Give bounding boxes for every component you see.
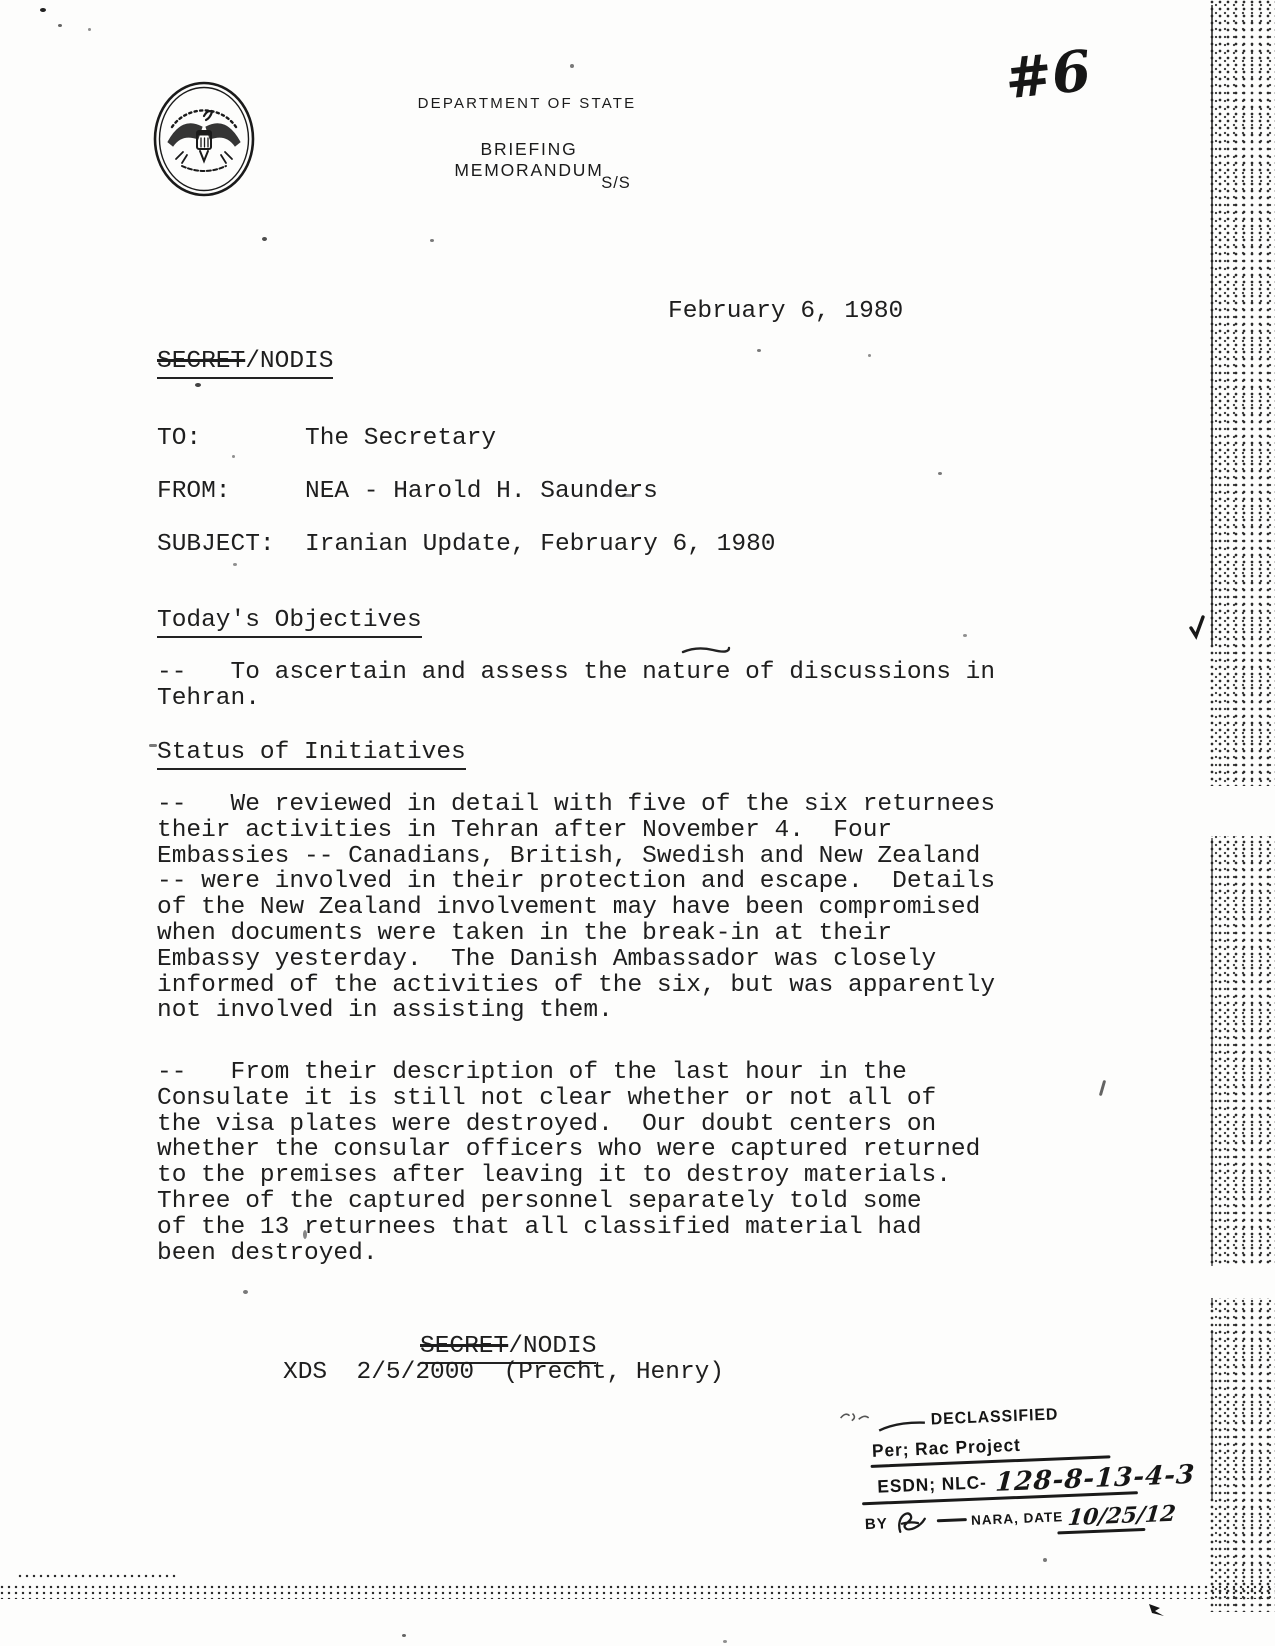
from-value: NEA - Harold H. Saunders	[305, 479, 658, 505]
classification-caveat: /NODIS	[508, 1333, 596, 1360]
objectives-paragraph: -- To ascertain and assess the nature of…	[157, 660, 1057, 712]
section-heading-todays-objectives: Today's Objectives	[157, 608, 422, 638]
noise-speck	[868, 354, 871, 357]
noise-speck	[938, 472, 942, 475]
declassification-stamp: DECLASSIFIED Per; Rac Project ESDN; NLC-…	[842, 1390, 1148, 1552]
header-agency: DEPARTMENT OF STATE	[417, 95, 637, 112]
memo-page: DEPARTMENT OF STATE BRIEFING MEMORANDUM …	[0, 0, 1275, 1646]
stamp-authority: Per; Rac Project	[872, 1435, 1022, 1462]
section-heading-status-of-initiatives: Status of Initiatives	[157, 740, 466, 770]
status-paragraph-2: -- From their description of the last ho…	[157, 1060, 1057, 1266]
noise-speck	[262, 237, 267, 241]
memo-date: February 6, 1980	[668, 299, 903, 325]
noise-speck	[243, 1290, 248, 1294]
classification-level-struck: SECRET	[157, 348, 245, 375]
scan-noise-band-bottom	[0, 1585, 1275, 1599]
from-row: FROM: NEA - Harold H. Saunders	[157, 479, 1057, 505]
ink-blot-icon	[1146, 1600, 1168, 1620]
noise-speck	[963, 634, 967, 637]
noise-speck	[757, 349, 761, 352]
scan-band-gap	[1209, 1266, 1275, 1298]
noise-speck	[149, 744, 157, 747]
handwritten-page-number: #6	[1002, 38, 1094, 113]
noise-speck	[1099, 1080, 1106, 1096]
checkmark-noise-icon	[1188, 614, 1208, 640]
classification-level-struck: SECRET	[420, 1333, 508, 1360]
noise-speck	[233, 563, 237, 566]
noise-speck	[402, 1634, 406, 1637]
scan-noise-band-bottom	[18, 1574, 178, 1580]
scan-edge-line	[1211, 5, 1213, 645]
subject-label: SUBJECT:	[157, 532, 305, 558]
noise-speck	[303, 1230, 307, 1239]
stamp-by-label: BY	[865, 1515, 889, 1533]
noise-speck	[195, 383, 201, 387]
scan-edge-line	[1211, 838, 1213, 1308]
header-office-symbol: S/S	[596, 174, 636, 193]
noise-speck	[232, 455, 235, 458]
status-paragraph-1: -- We reviewed in detail with five of th…	[157, 792, 1057, 1024]
classification-top: SECRET/NODIS	[157, 349, 333, 379]
to-value: The Secretary	[305, 426, 496, 452]
noise-speck	[570, 64, 574, 68]
stamp-rule	[937, 1519, 967, 1523]
noise-speck	[430, 239, 434, 242]
pen-dash-noise-icon	[681, 644, 731, 656]
stamp-signature-icon	[892, 1506, 933, 1538]
scan-edge-line	[1211, 1330, 1213, 1500]
stamp-esdn-prefix: ESDN; NLC-	[877, 1472, 987, 1497]
noise-speck	[622, 494, 632, 497]
stamp-nara-date-label: NARA, DATE	[971, 1509, 1064, 1528]
classification-caveat: /NODIS	[245, 348, 333, 375]
to-label: TO:	[157, 426, 305, 452]
noise-speck	[58, 24, 62, 27]
xds-line: XDS 2/5/2000 (Precht, Henry)	[283, 1360, 724, 1386]
noise-speck	[88, 28, 91, 31]
scan-band-gap	[1209, 786, 1275, 836]
from-label: FROM:	[157, 479, 305, 505]
stamp-smudge-icon	[838, 1407, 929, 1437]
stamp-declassified: DECLASSIFIED	[930, 1405, 1058, 1429]
stamp-date-handwritten: 10/25/12	[1066, 1501, 1176, 1531]
noise-speck	[723, 1640, 727, 1643]
noise-speck	[40, 8, 46, 12]
department-of-state-seal-icon	[152, 80, 256, 198]
subject-value: Iranian Update, February 6, 1980	[305, 532, 775, 558]
noise-speck	[1043, 1558, 1047, 1562]
subject-row: SUBJECT: Iranian Update, February 6, 198…	[157, 532, 1107, 558]
to-row: TO: The Secretary	[157, 426, 1057, 452]
